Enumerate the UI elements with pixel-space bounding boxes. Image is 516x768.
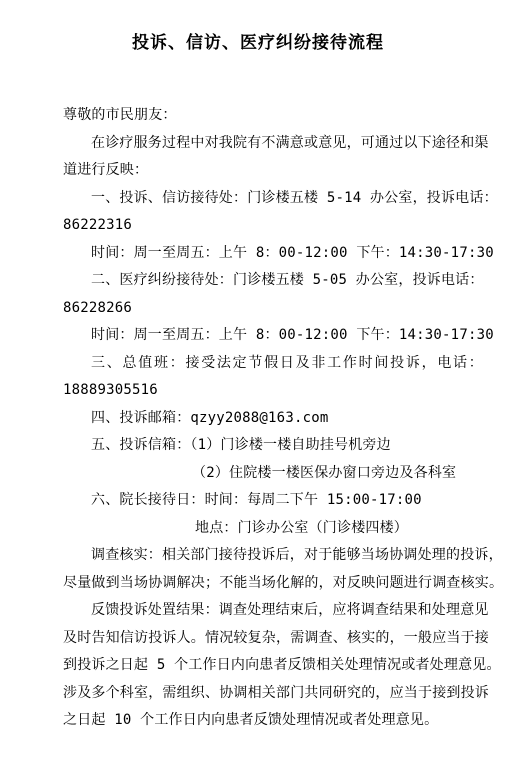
doc-line-item2: 二、医疗纠纷接待处：门诊楼五楼 5-05 办公室，投诉电话：: [63, 267, 483, 295]
doc-line-item2-phone: 86228266: [63, 295, 483, 323]
document-page: 投诉、信访、医疗纠纷接待流程 尊敬的市民朋友： 在诊疗服务过程中对我院有不满意或…: [0, 0, 516, 768]
doc-line-verify-1: 调查核实：相关部门接待投诉后，对于能够当场协调处理的投诉，: [63, 542, 483, 570]
doc-line-feedback-3: 到投诉之日起 5 个工作日内向患者反馈相关处理情况或者处理意见。: [63, 652, 483, 680]
doc-line-item6-time: 六、院长接待日：时间：每周二下午 15:00-17:00: [63, 487, 483, 515]
doc-line-item1-hours: 时间：周一至周五：上午 8：00-12:00 下午：14:30-17:30: [63, 240, 483, 268]
doc-line-intro-2: 道进行反映：: [63, 157, 483, 185]
doc-line-feedback-5: 之日起 10 个工作日内向患者反馈处理情况或者处理意见。: [63, 707, 483, 735]
doc-line-item4-email: 四、投诉邮箱：qzyy2088@163.com: [63, 405, 483, 433]
doc-line-feedback-2: 及时告知信访投诉人。情况较复杂，需调查、核实的，一般应当于接: [63, 625, 483, 653]
doc-line-item6-place: 地点：门诊办公室（门诊楼四楼）: [63, 515, 483, 543]
doc-line-feedback-4: 涉及多个科室，需组织、协调相关部门共同研究的，应当于接到投诉: [63, 680, 483, 708]
doc-line-item3: 三、总值班：接受法定节假日及非工作时间投诉，电话：: [63, 350, 483, 378]
doc-line-item1: 一、投诉、信访接待处：门诊楼五楼 5-14 办公室，投诉电话：: [63, 185, 483, 213]
doc-line-item3-phone: 18889305516: [63, 377, 483, 405]
document-title: 投诉、信访、医疗纠纷接待流程: [0, 30, 516, 56]
doc-line-feedback-1: 反馈投诉处置结果：调查处理结束后，应将调查结果和处理意见: [63, 597, 483, 625]
doc-line-salutation: 尊敬的市民朋友：: [63, 102, 483, 130]
doc-line-item5-box2: （2）住院楼一楼医保办窗口旁边及各科室: [63, 460, 483, 488]
doc-line-item5-box1: 五、投诉信箱：（1）门诊楼一楼自助挂号机旁边: [63, 432, 483, 460]
doc-line-intro-1: 在诊疗服务过程中对我院有不满意或意见，可通过以下途径和渠: [63, 130, 483, 158]
doc-line-verify-2: 尽量做到当场协调解决；不能当场化解的，对反映问题进行调查核实。: [63, 570, 483, 598]
doc-line-item2-hours: 时间：周一至周五：上午 8：00-12:00 下午：14:30-17:30: [63, 322, 483, 350]
doc-line-item1-phone: 86222316: [63, 212, 483, 240]
